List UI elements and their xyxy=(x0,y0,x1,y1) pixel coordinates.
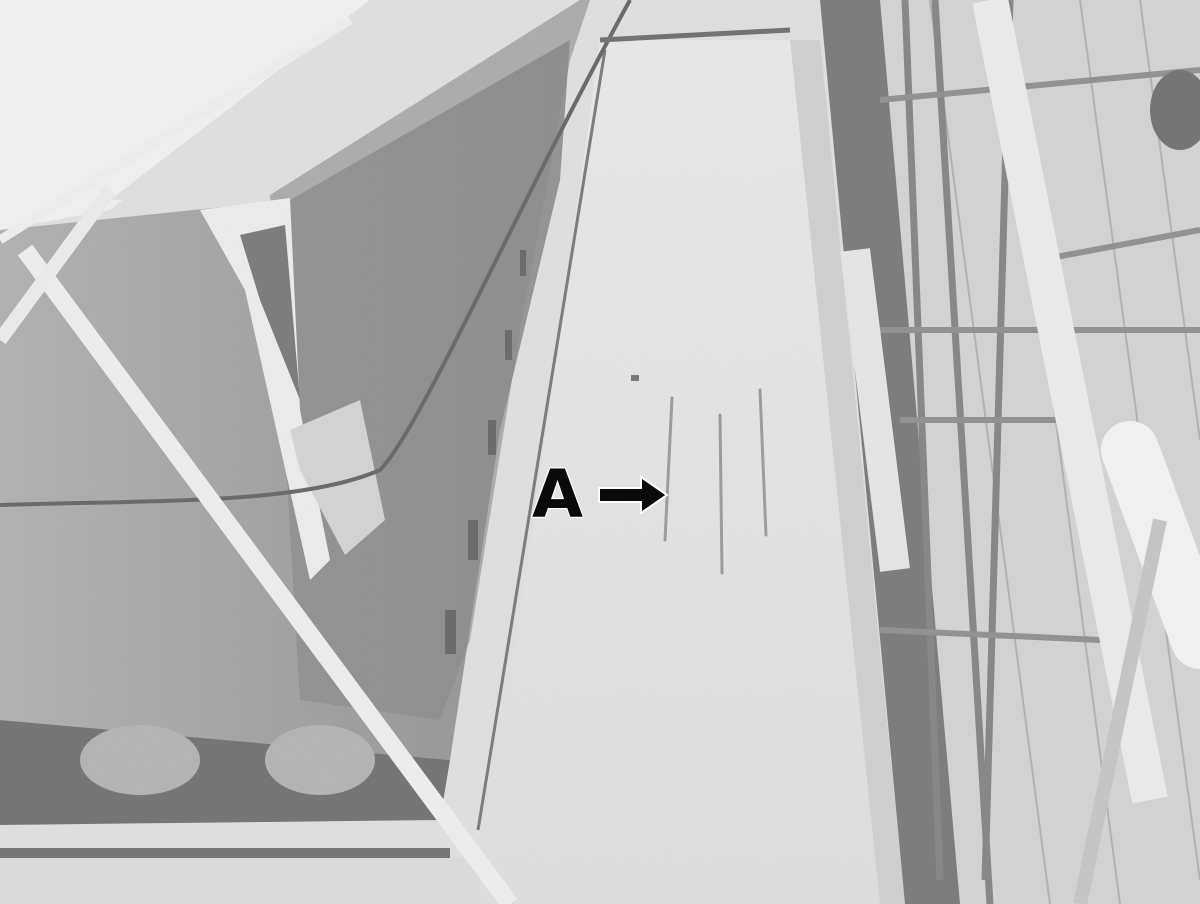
scene-illustration xyxy=(0,0,1200,904)
annotation-label: A xyxy=(532,462,583,528)
right-arrow-icon xyxy=(597,475,669,515)
film-grain xyxy=(0,0,1200,904)
annotation-marker: A xyxy=(532,462,669,528)
photograph: A xyxy=(0,0,1200,904)
